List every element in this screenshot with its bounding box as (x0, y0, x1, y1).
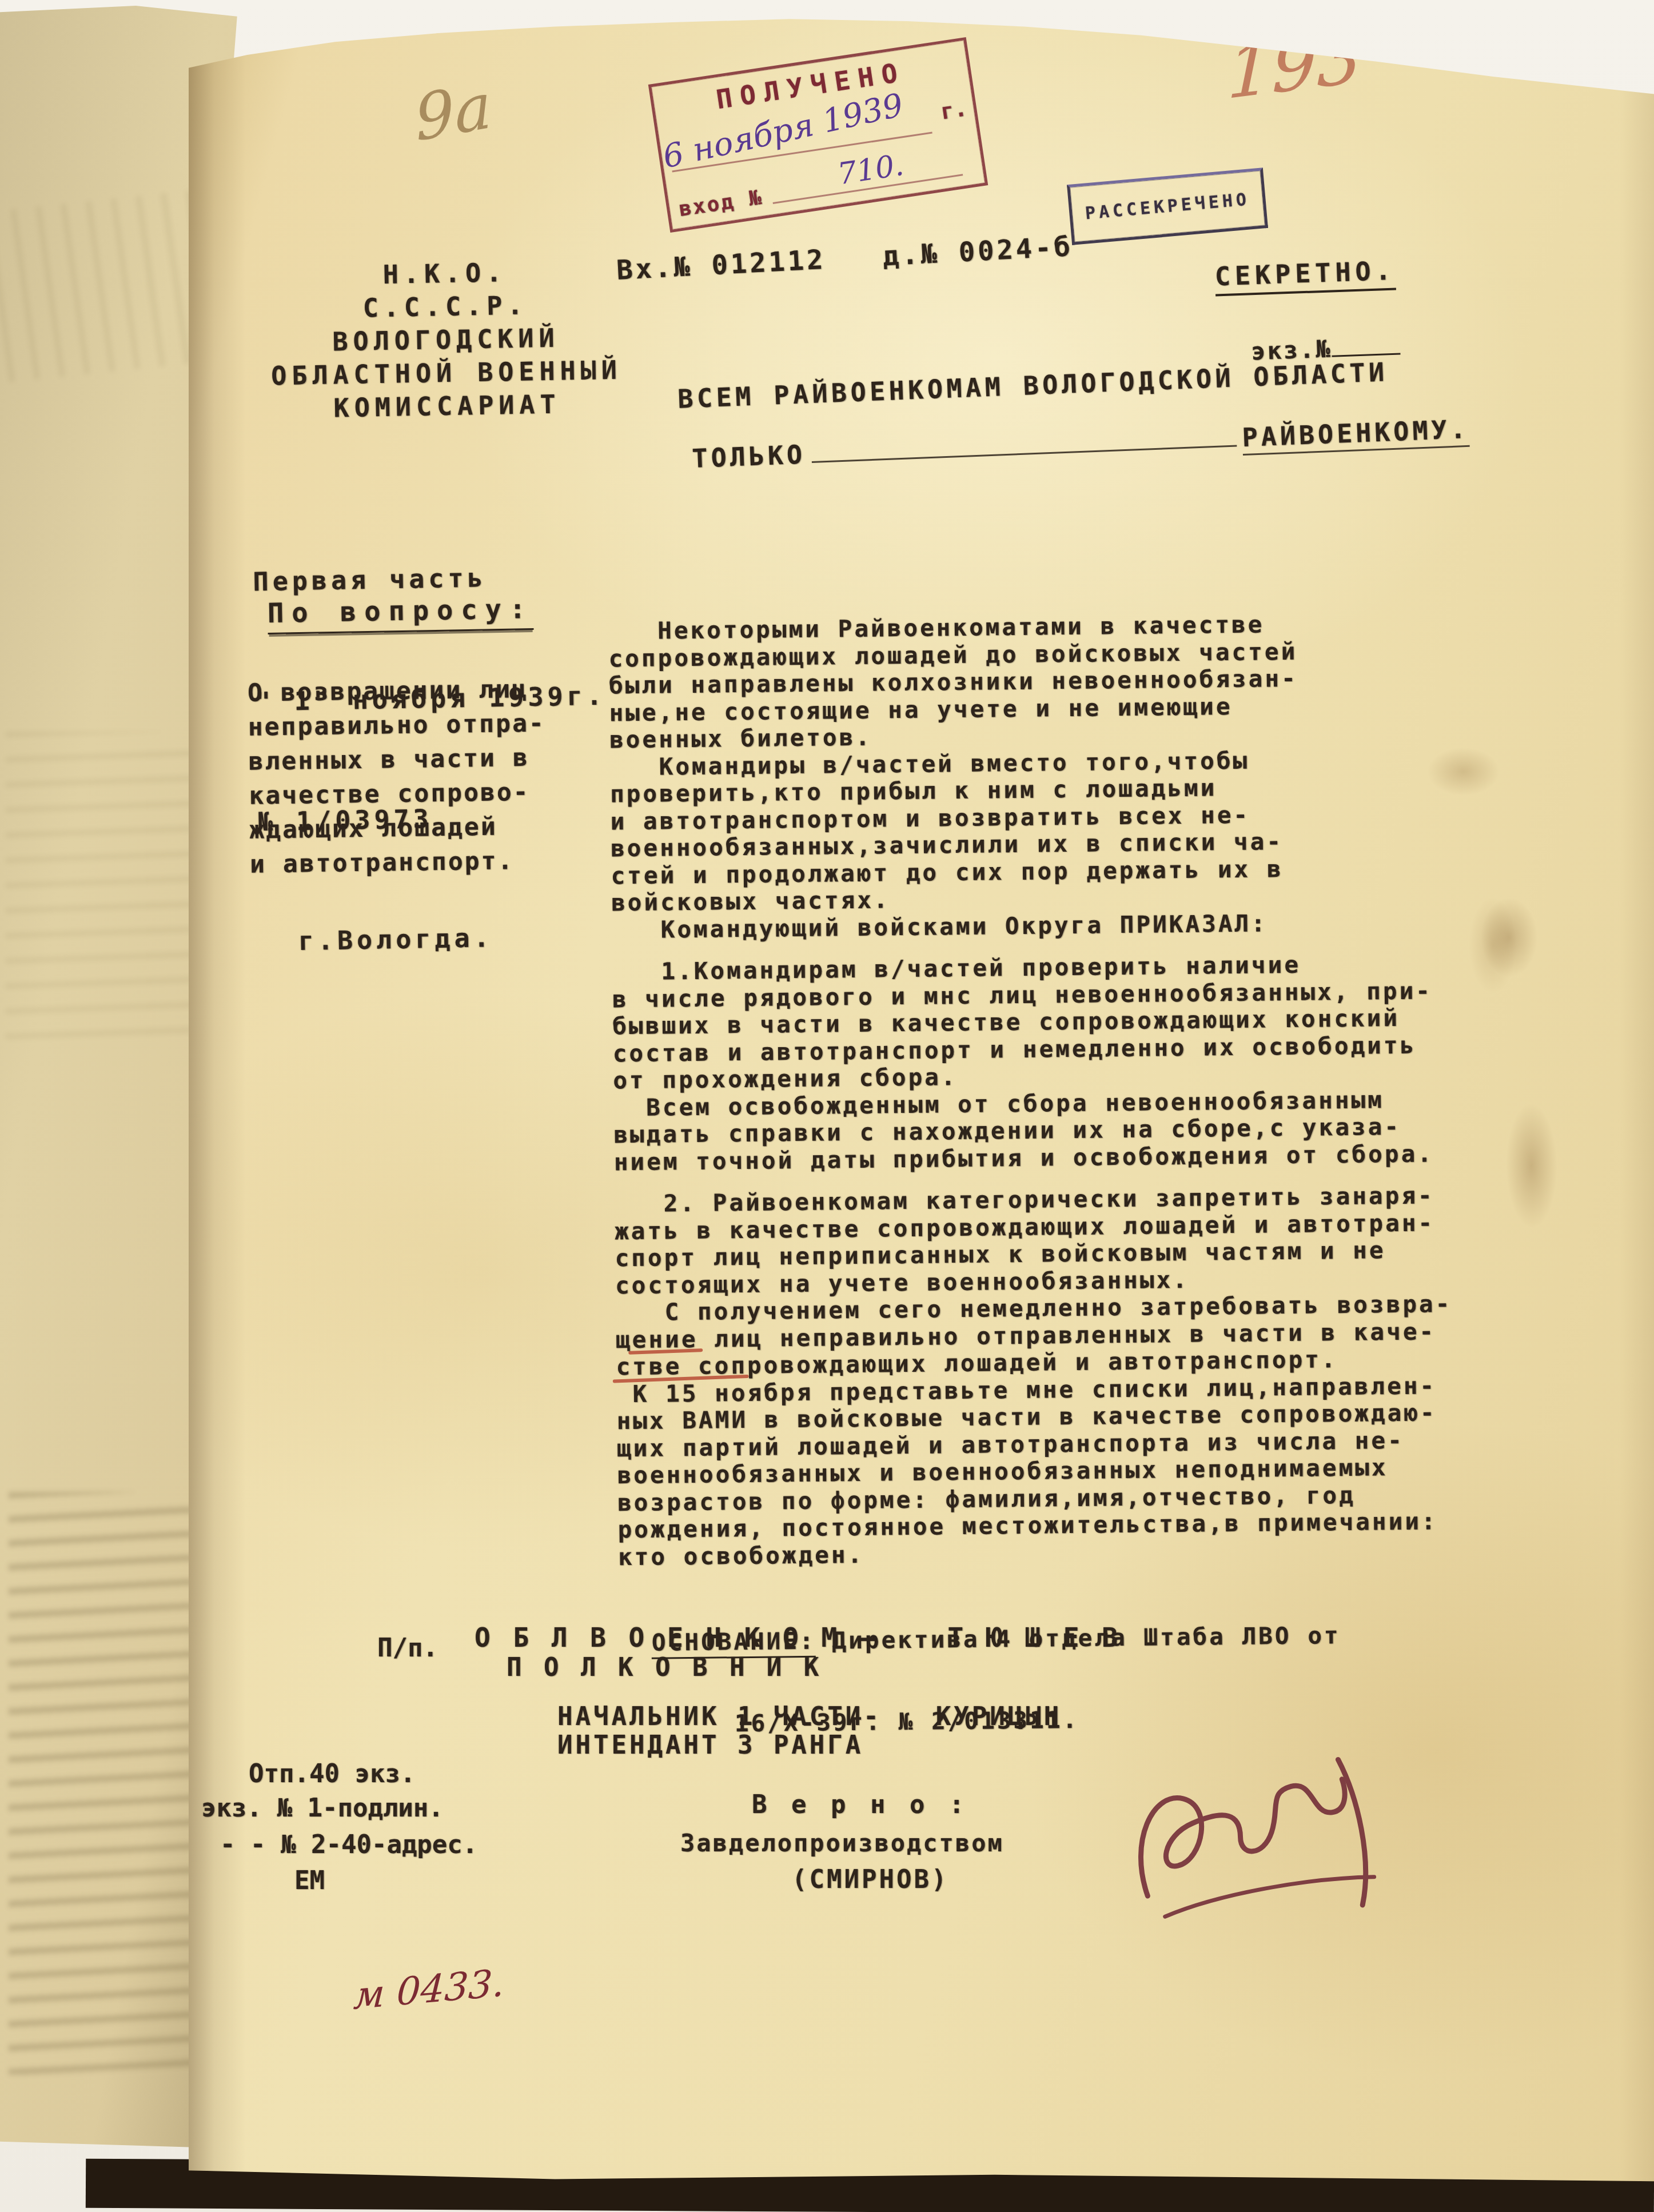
bottom-handwritten-note: м 0433. (352, 1961, 505, 2018)
document-page: 9а 193 ПОЛУЧЕНО г. 6 ноября 1939 вход № … (189, 11, 1654, 2183)
received-stamp: ПОЛУЧЕНО г. 6 ноября 1939 вход № 710. (648, 37, 989, 233)
signed-abbrev: П/п. (377, 1634, 438, 1663)
chief-name: КУРИЦЫН (936, 1702, 1062, 1731)
imprint-line: - - № 2-40-адрес. (220, 1830, 477, 1859)
text-line: и автотранспорт. (250, 842, 639, 881)
incoming-number-line: Вх.№ 012112 д.№ 0024-б (616, 231, 1074, 286)
subject-paragraph: О возвращении лицнеправильно отпра-вленн… (248, 670, 639, 881)
text-line: ОБЛАСТНОЙ ВОЕННЫЙ (246, 353, 647, 393)
addressee-only-line: ТОЛЬКО РАЙВОЕНКОМУ. (691, 410, 1469, 477)
text-line: вленных в части в (248, 739, 637, 778)
red-pencil-number: 193 (1226, 15, 1363, 115)
bleed-through-text (9, 1492, 197, 2075)
addressee2-label: РАЙВОЕНКОМУ. (1242, 414, 1470, 456)
commissar-role: О Б Л В О Е Н К О М — (475, 1622, 879, 1653)
only-label: ТОЛЬКО (692, 440, 806, 474)
blank-line (1331, 329, 1400, 357)
text-line: КОМИССАРИАТ (247, 386, 648, 426)
commissar-rank: П О Л К О В Н И К (507, 1653, 822, 1682)
pencil-note: 9а (413, 69, 494, 155)
text-line: ждающих лошадей (249, 808, 639, 847)
chief-role: НАЧАЛЬНИК 1 ЧАСТИ- (557, 1702, 882, 1731)
ink-stain (1480, 897, 1538, 977)
chief-line: НАЧАЛЬНИК 1 ЧАСТИ-КУРИЦЫН (557, 1702, 1062, 1731)
text-line: неправильно отпра- (248, 705, 637, 744)
commissar-line: О Б Л В О Е Н К О М —Т Ю Ш Е В (475, 1622, 1121, 1653)
addressee-line: ВСЕМ РАЙВОЕНКОМАМ ВОЛОГОДСКОЙ ОБЛАСТИ (677, 357, 1388, 414)
body-text: Некоторыми Райвоенкоматами в качествесоп… (608, 554, 1536, 1902)
chief-rank: ИНТЕНДАНТ 3 РАНГА (557, 1731, 863, 1760)
clerk-role: Завделопроизводством (680, 1829, 1004, 1857)
imprint-line: ЕМ (294, 1866, 325, 1895)
body-lines: Некоторыми Райвоенкоматами в качествесоп… (608, 609, 1533, 1571)
clerk-name: (СМИРНОВ) (792, 1865, 948, 1894)
blank-line (811, 420, 1237, 464)
bleed-through-text (6, 732, 200, 1052)
declassified-stamp: РАССЕКРЕЧЕНО (1067, 167, 1268, 245)
text-line: О возвращении лиц (248, 670, 637, 710)
text-line: качестве сопрово- (249, 773, 638, 813)
stamp-entry-label: вход № (677, 186, 764, 221)
scanned-document: 9а 193 ПОЛУЧЕНО г. 6 ноября 1939 вход № … (0, 0, 1654, 2212)
letterhead-city: г.Вологда. (259, 916, 611, 963)
verno-label: В е р н о : (752, 1790, 969, 1819)
letterhead-org: Н.К.О.С.С.С.Р.ВОЛОГОДСКИЙОБЛАСТНОЙ ВОЕНН… (245, 254, 648, 426)
secrecy-label: СЕКРЕТНО. (1214, 255, 1396, 297)
handwritten-signature (1108, 1720, 1402, 1955)
stamp-year-suffix: г. (939, 95, 969, 124)
commissar-name: Т Ю Ш Е В (948, 1622, 1121, 1653)
imprint-line: экз. № 1-подлин. (201, 1794, 444, 1823)
subject-label: По вопросу: (267, 593, 533, 634)
imprint-line: Отп.40 экз. (249, 1759, 415, 1788)
ink-stain (1505, 1103, 1558, 1229)
